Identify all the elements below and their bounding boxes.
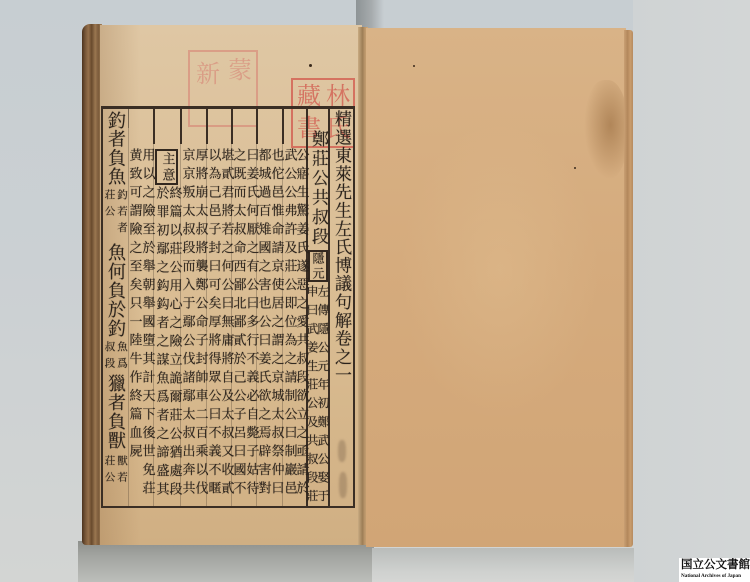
essay-title-box-text: 隱元	[312, 252, 324, 282]
ink-speck	[413, 65, 415, 67]
annotation-right: 獸若	[117, 455, 128, 488]
watermark-japanese: 国立公文書館	[681, 559, 750, 571]
header-band-rule	[231, 108, 233, 144]
bleed-through-mark	[338, 440, 346, 462]
seal-char: 新	[196, 62, 220, 86]
annotation-right: 釣若者	[117, 189, 128, 239]
essay-opening-segment: 魚何負於釣	[106, 243, 124, 338]
ink-speck	[574, 167, 576, 169]
main-idea-column: 終篇以莊公用心之險立詭爾莊公猶處段	[168, 186, 181, 501]
seal-char: 林	[326, 84, 350, 108]
header-band-rule	[206, 108, 208, 144]
header-band-rule	[153, 108, 155, 144]
annotation-left: 荘公	[104, 189, 115, 222]
header-band-rule	[128, 108, 129, 128]
commentary-column: 用以之險至於舉朝舉國墮其計天下後世免荘	[141, 148, 154, 500]
book-left-edge	[82, 24, 102, 545]
main-idea-column: 於罪初鄢之鈎鈎者之謀魚爲者之諦盛其	[155, 186, 168, 501]
bleed-through-mark	[339, 472, 347, 498]
passage-column: 堪貳君將若之何公曰無庸將自及太叔又收貳	[220, 148, 233, 500]
passage-column: 厚將崩太叔將襲鄭公命子封帥車二百乘以伐	[194, 148, 207, 500]
seal-char: 藏	[297, 84, 321, 108]
header-band-rule	[180, 108, 182, 144]
main-idea-label: 主意	[161, 152, 174, 184]
book-shadow	[78, 541, 374, 582]
passage-column: 京京叛太叔段而入于鄢公伐諸鄢太叔出奔共	[181, 148, 194, 500]
passage-column: 武公公弗許及莊公即位為之請制公曰制巖邑	[283, 148, 296, 500]
passage-column: 曰姜氏何厭之有公曰多行不義必自斃子姑待	[245, 148, 258, 500]
commentary-column: 黄致可謂險之至矣只一陸牛作終篇血屍	[128, 148, 141, 463]
annotation-left: 荘公	[104, 455, 115, 488]
archive-watermark: 国立公文書館 National Archives of Japan	[679, 558, 750, 582]
annotation-left: 叔段	[104, 341, 115, 374]
book-shadow-right	[372, 548, 634, 582]
passage-column: 以為己邑子封曰可矣厚將得眾公曰不義不暱	[207, 148, 220, 500]
seal-char: 蒙	[228, 58, 252, 82]
book-right-edge	[624, 30, 633, 547]
right-page-wash	[400, 120, 600, 420]
water-stain	[584, 80, 628, 180]
header-band-rule	[282, 108, 284, 144]
ink-speck	[309, 64, 312, 67]
passage-column: 也佗邑惟命請京使居之謂之京城太叔祭仲曰	[270, 148, 283, 500]
watermark-english: National Archives of Japan	[681, 574, 741, 579]
header-band-rule	[256, 108, 258, 144]
volume-title: 精選東萊先生左氏博議句解卷之一	[332, 110, 349, 385]
essay-opening-segment: 獵者負獸	[106, 374, 124, 450]
essay-opening-segment: 釣者負魚	[106, 111, 124, 186]
essay-title: 鄭莊公共叔段	[309, 130, 326, 247]
background-right	[633, 0, 750, 582]
annotation-right: 魚爲	[117, 341, 128, 374]
